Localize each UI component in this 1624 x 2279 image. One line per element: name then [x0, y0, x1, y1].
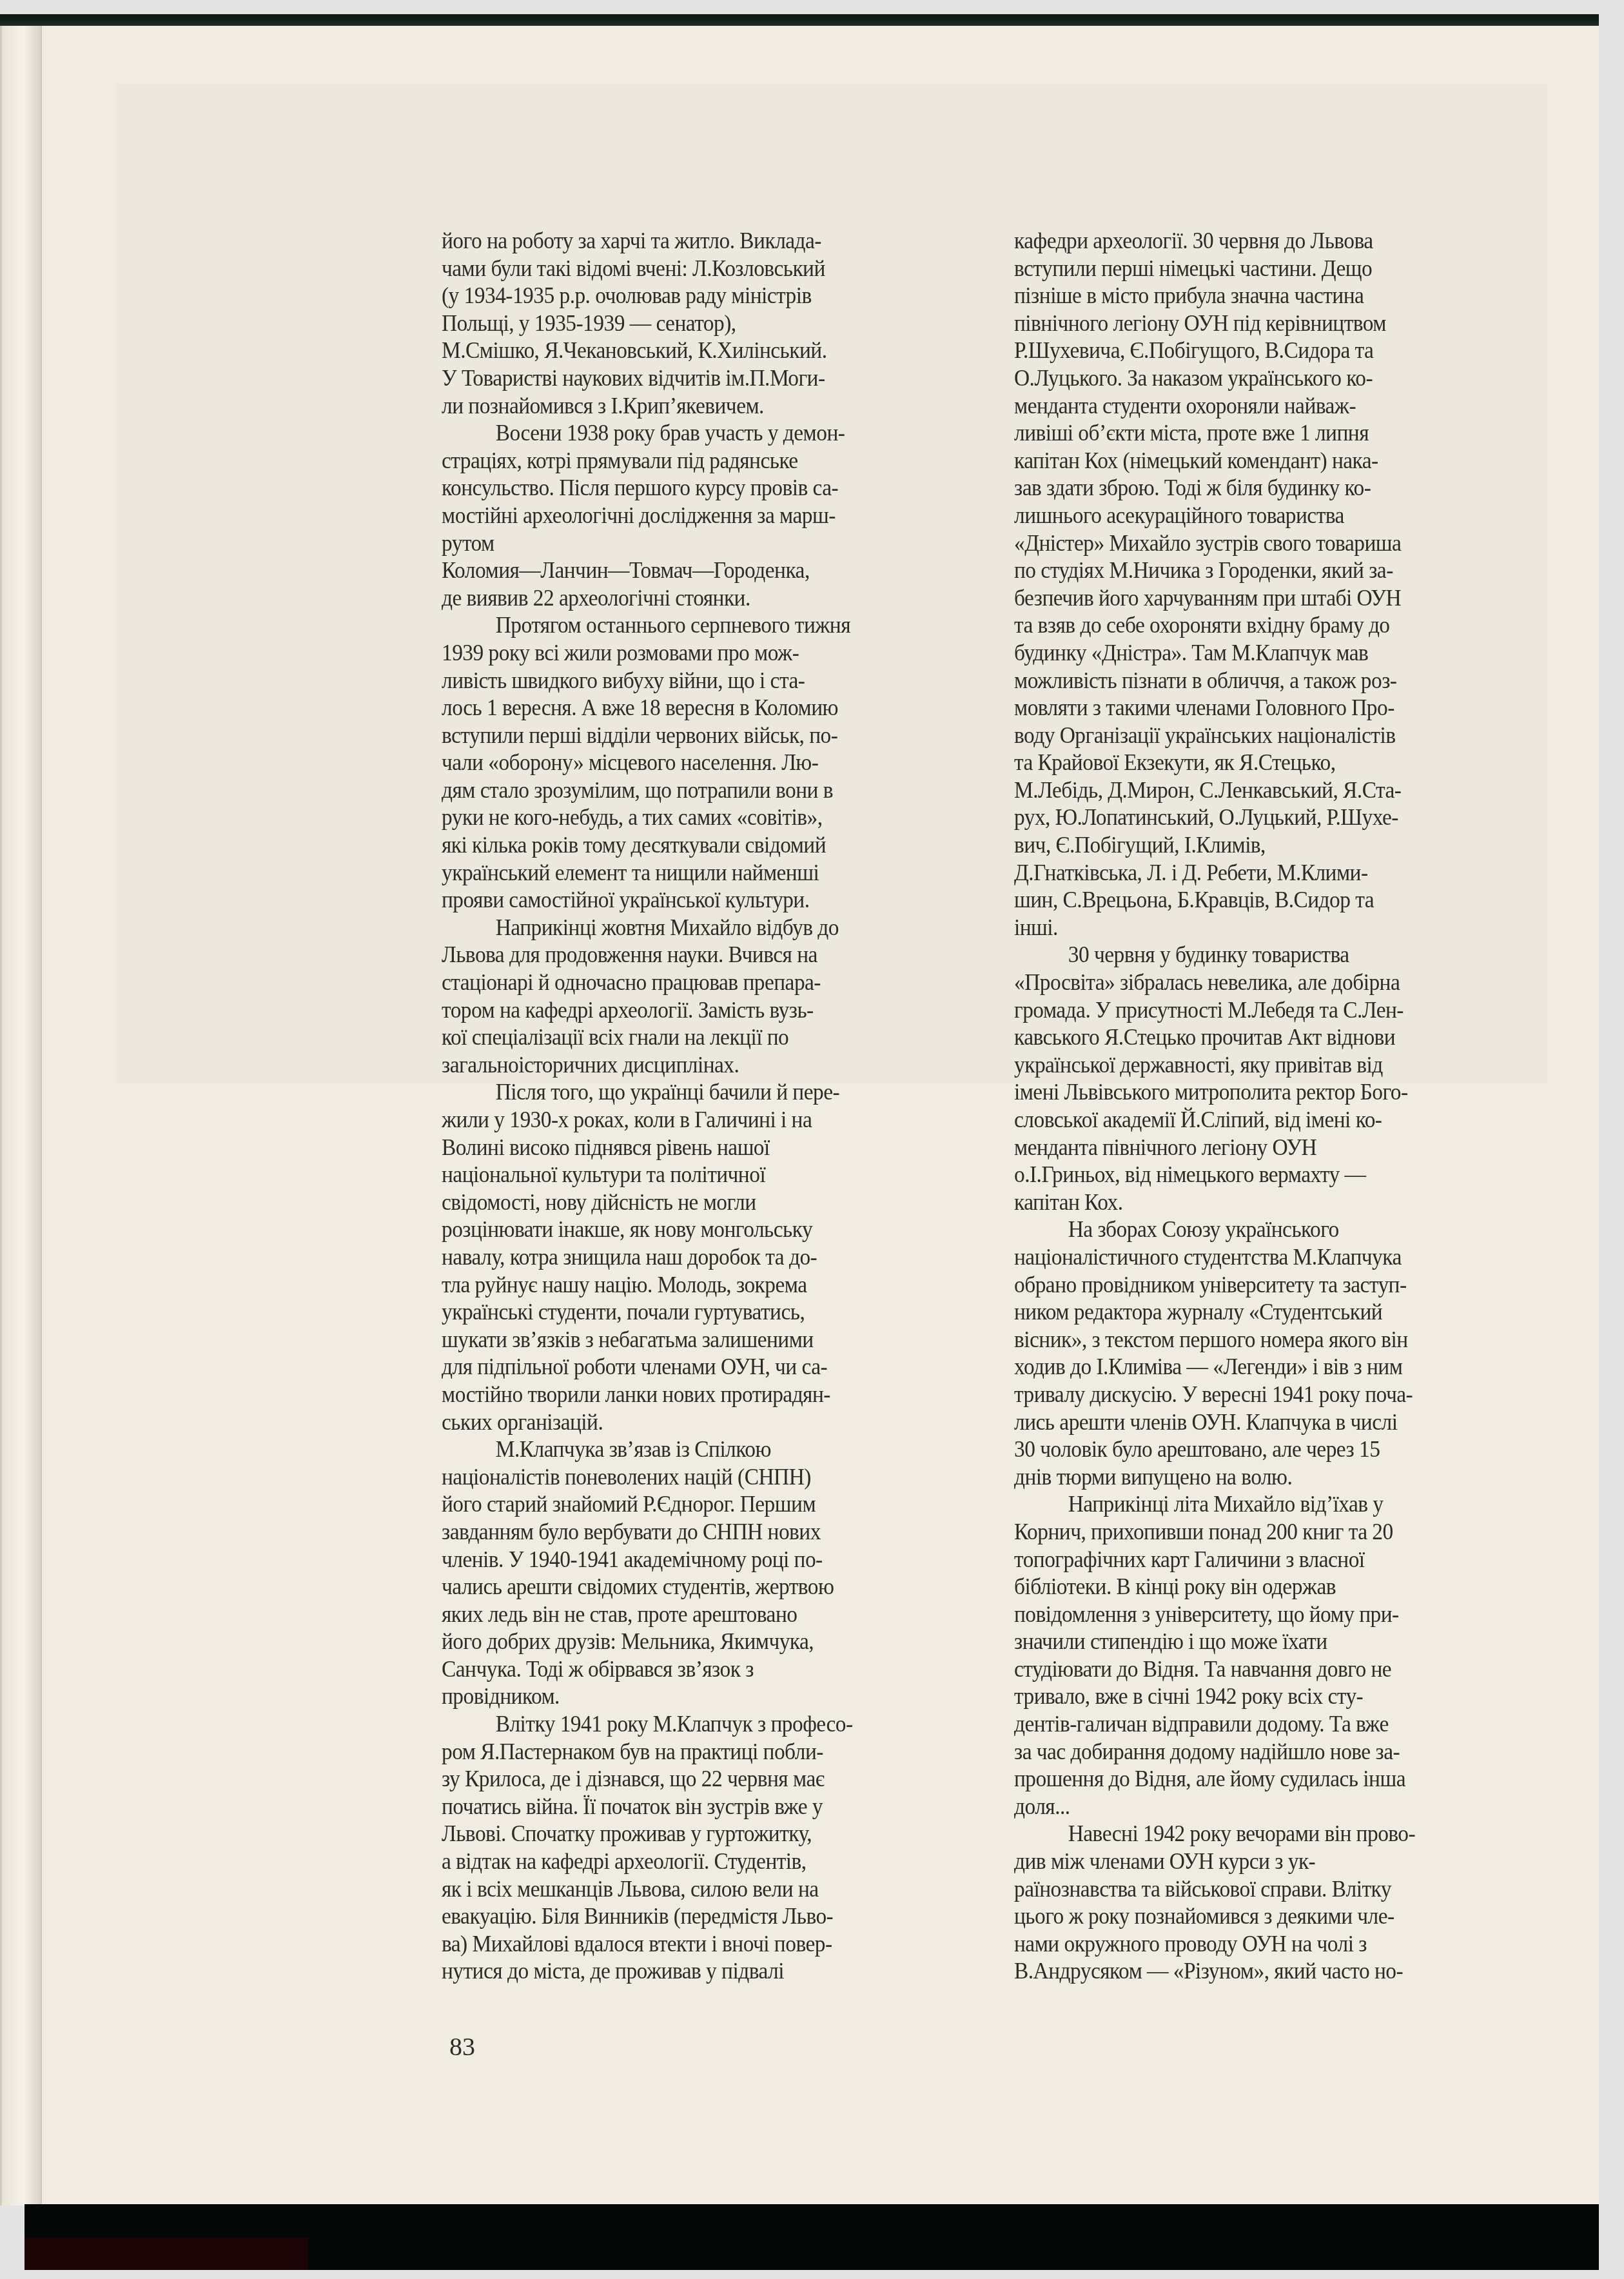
text-line: для підпільної роботи членами ОУН, чи са…: [442, 1353, 969, 1381]
text-line: повідомлення з університету, що йому при…: [1014, 1601, 1541, 1628]
text-line: мостійно творили ланки нових протирадян-: [442, 1381, 969, 1408]
text-line: тривало, вже в січні 1942 року всіх сту-: [1014, 1682, 1541, 1710]
text-line: нутися до міста, де проживав у підвалі: [442, 1957, 969, 1985]
text-line: по студіях М.Ничика з Городенки, який за…: [1014, 557, 1541, 584]
text-line: націоналістів поневолених націй (СНПН): [442, 1463, 969, 1491]
text-line: Санчука. Тоді ж обірвався зв’язок з: [442, 1655, 969, 1683]
text-line: дям стало зрозумілим, що потрапили вони …: [442, 776, 969, 804]
text-line: прояви самостійної української культури.: [442, 886, 969, 914]
text-line: тривалу дискусію. У вересні 1941 року по…: [1014, 1381, 1541, 1408]
text-line: Р.Шухевича, Є.Побігущого, В.Сидора та: [1014, 337, 1541, 364]
text-line: завданням було вербувати до СНПН нових: [442, 1518, 969, 1546]
text-column-right: кафедри археології. 30 червня до Львовав…: [1014, 227, 1541, 1985]
text-line: дентів-галичан відправили додому. Та вже: [1014, 1710, 1541, 1738]
text-line: Корнич, прихопивши понад 200 книг та 20: [1014, 1518, 1541, 1546]
text-line: ських організацій.: [442, 1408, 969, 1436]
text-line: Влітку 1941 року М.Клапчук з професо-: [442, 1710, 969, 1738]
text-line: північного легіону ОУН під керівництвом: [1014, 310, 1541, 337]
text-line: Коломия—Ланчин—Товмач—Городенка,: [442, 557, 969, 584]
text-line: На зборах Союзу українського: [1014, 1216, 1541, 1243]
text-line: зав здати зброю. Тоді ж біля будинку ко-: [1014, 474, 1541, 502]
text-line: консульство. Після першого курсу провів …: [442, 474, 969, 502]
text-line: шукати зв’язків з небагатьма залишеними: [442, 1326, 969, 1354]
scan-margin-right: [1599, 26, 1624, 2205]
text-column-left: його на роботу за харчі та житло. Виклад…: [442, 227, 969, 1985]
text-line: М.Лебідь, Д.Мирон, С.Ленкавський, Я.Ста-: [1014, 776, 1541, 804]
text-line: його добрих друзів: Мельника, Якимчука,: [442, 1628, 969, 1655]
text-line: студіювати до Відня. Та навчання довго н…: [1014, 1655, 1541, 1683]
text-line: шин, С.Врецьона, Б.Кравців, В.Сидор та: [1014, 886, 1541, 914]
text-line: чами були такі відомі вчені: Л.Козловськ…: [442, 255, 969, 282]
text-line: руки не кого-небудь, а тих самих «совіті…: [442, 804, 969, 831]
text-line: обрано провідником університету та засту…: [1014, 1271, 1541, 1299]
text-line: Після того, що українці бачили й пере-: [442, 1078, 969, 1106]
text-line: воду Організації українських націоналіст…: [1014, 722, 1541, 749]
text-line: безпечив його харчуванням при штабі ОУН: [1014, 584, 1541, 612]
text-line: стаціонарі й одночасно працював препара-: [442, 969, 969, 996]
text-line: Львові. Спочатку проживав у гуртожитку,: [442, 1820, 969, 1848]
text-line: Наприкінці літа Михайло від’їхав у: [1014, 1490, 1541, 1518]
text-line: та взяв до себе охороняти вхідну браму д…: [1014, 611, 1541, 639]
text-line: громада. У присутності М.Лебедя та С.Лен…: [1014, 996, 1541, 1024]
text-line: 30 чоловік було арештовано, але через 15: [1014, 1435, 1541, 1463]
text-line: Львова для продовження науки. Вчився на: [442, 941, 969, 969]
text-line: можливість пізнати в обличчя, а також ро…: [1014, 667, 1541, 695]
text-line: навалу, котра знищила наш доробок та до-: [442, 1243, 969, 1271]
text-line: Протягом останнього серпневого тижня: [442, 611, 969, 639]
text-line: мовляти з такими членами Головного Про-: [1014, 694, 1541, 722]
text-line: вісник», з текстом першого номера якого …: [1014, 1326, 1541, 1354]
book-spine-gutter: [0, 26, 42, 2205]
text-line: словської академії Й.Сліпий, від імені к…: [1014, 1106, 1541, 1134]
text-line: загальноісторичних дисциплінах.: [442, 1051, 969, 1079]
text-line: ва) Михайлові вдалося втекти і вночі пов…: [442, 1930, 969, 1958]
text-line: вич, Є.Побігущий, І.Климів,: [1014, 831, 1541, 859]
text-line: його на роботу за харчі та житло. Виклад…: [442, 227, 969, 255]
text-line: ливіші об’єкти міста, проте вже 1 липня: [1014, 419, 1541, 447]
text-line: Восени 1938 року брав участь у демон-: [442, 419, 969, 447]
page-number: 83: [449, 2031, 475, 2062]
text-line: У Товаристві наукових відчитів ім.П.Моги…: [442, 364, 969, 392]
text-line: (у 1934-1935 р.р. очолював раду міністрі…: [442, 282, 969, 310]
text-line: Д.Гнатківська, Л. і Д. Ребети, М.Клими-: [1014, 859, 1541, 887]
text-line: 30 червня у будинку товариства: [1014, 941, 1541, 969]
text-line: вступили перші відділи червоних військ, …: [442, 722, 969, 749]
text-line: рух, Ю.Лопатинський, О.Луцький, Р.Шухе-: [1014, 804, 1541, 831]
text-line: тором на кафедрі археології. Замість вуз…: [442, 996, 969, 1024]
text-line: ли познайомився з І.Крип’якевичем.: [442, 392, 969, 420]
text-line: менданта студенти охороняли найваж-: [1014, 392, 1541, 420]
text-line: значили стипендію і що може їхати: [1014, 1628, 1541, 1655]
text-line: український елемент та нищили найменші: [442, 859, 969, 887]
text-line: його старий знайомий Р.Єднорог. Першим: [442, 1490, 969, 1518]
text-line: страціях, котрі прямували під радянське: [442, 447, 969, 475]
text-line: нами окружного проводу ОУН на чолі з: [1014, 1930, 1541, 1958]
text-line: які кілька років тому десяткували свідом…: [442, 831, 969, 859]
text-line: яких ледь він не став, проте арештовано: [442, 1601, 969, 1628]
text-line: жили у 1930-х роках, коли в Галичині і н…: [442, 1106, 969, 1134]
text-line: кої спеціалізації всіх гнали на лекції п…: [442, 1023, 969, 1051]
text-line: цього ж року познайомився з деякими чле-: [1014, 1902, 1541, 1930]
text-line: доля...: [1014, 1793, 1541, 1820]
text-line: членів. У 1940-1941 академічному році по…: [442, 1546, 969, 1574]
text-line: лись арешти членів ОУН. Клапчука в числі: [1014, 1408, 1541, 1436]
text-line: як і всіх мешканців Львова, силою вели н…: [442, 1875, 969, 1903]
text-line: національної культури та політичної: [442, 1161, 969, 1189]
text-line: евакуацію. Біля Винників (передмістя Льв…: [442, 1902, 969, 1930]
text-line: прошення до Відня, але йому судилась інш…: [1014, 1765, 1541, 1793]
text-line: ником редактора журналу «Студентський: [1014, 1298, 1541, 1326]
text-line: Волині високо піднявся рівень нашої: [442, 1134, 969, 1161]
text-line: українські студенти, почали гуртуватись,: [442, 1298, 969, 1326]
text-line: початись війна. Її початок він зустрів в…: [442, 1793, 969, 1820]
text-line: о.І.Гриньох, від німецького вермахту —: [1014, 1161, 1541, 1189]
text-line: імені Львівського митрополита ректор Бог…: [1014, 1078, 1541, 1106]
text-line: інші.: [1014, 914, 1541, 942]
text-line: М.Клапчука зв’язав із Спілкою: [442, 1435, 969, 1463]
text-line: М.Смішко, Я.Чекановський, К.Хилінський.: [442, 337, 969, 364]
text-line: чались арешти свідомих студентів, жертво…: [442, 1573, 969, 1601]
text-line: див між членами ОУН курси з ук-: [1014, 1848, 1541, 1875]
text-line: лишнього асекураційного товариства: [1014, 502, 1541, 529]
book-cover-bottom-red-band: [24, 2238, 308, 2270]
text-line: лось 1 вересня. А вже 18 вересня в Колом…: [442, 694, 969, 722]
text-line: днів тюрми випущено на волю.: [1014, 1463, 1541, 1491]
text-line: капітан Кох.: [1014, 1189, 1541, 1216]
text-line: 1939 року всі жили розмовами про мож-: [442, 639, 969, 667]
text-line: будинку «Дністра». Там М.Клапчук мав: [1014, 639, 1541, 667]
text-line: а відтак на кафедрі археології. Студенті…: [442, 1848, 969, 1875]
text-line: Наприкінці жовтня Михайло відбув до: [442, 914, 969, 942]
text-line: капітан Кох (німецький комендант) нака-: [1014, 447, 1541, 475]
text-line: де виявив 22 археологічні стоянки.: [442, 584, 969, 612]
text-line: ливість швидкого вибуху війни, що і ста-: [442, 667, 969, 695]
text-line: тла руйнує нашу націю. Молодь, зокрема: [442, 1271, 969, 1299]
text-line: вступили перші німецькі частини. Дещо: [1014, 255, 1541, 282]
text-line: топографічних карт Галичини з власної: [1014, 1546, 1541, 1574]
text-line: націоналістичного студентства М.Клапчука: [1014, 1243, 1541, 1271]
text-line: розцінювати інакше, як нову монгольську: [442, 1216, 969, 1243]
text-line: та Крайової Екзекути, як Я.Стецько,: [1014, 749, 1541, 776]
text-line: О.Луцького. За наказом українського ко-: [1014, 364, 1541, 392]
text-line: Навесні 1942 року вечорами він прово-: [1014, 1820, 1541, 1848]
text-line: бібліотеки. В кінці року він одержав: [1014, 1573, 1541, 1601]
text-line: В.Андрусяком — «Різуном», який часто но-: [1014, 1957, 1541, 1985]
text-line: рутом: [442, 529, 969, 557]
text-line: раїнознавства та військової справи. Вліт…: [1014, 1875, 1541, 1903]
text-line: української державності, яку привітав ві…: [1014, 1051, 1541, 1079]
text-line: зу Крилоса, де і дізнався, що 22 червня …: [442, 1765, 969, 1793]
text-line: менданта північного легіону ОУН: [1014, 1134, 1541, 1161]
text-line: чали «оборону» місцевого населення. Лю-: [442, 749, 969, 776]
text-line: ходив до І.Климіва — «Легенди» і вів з н…: [1014, 1353, 1541, 1381]
text-line: кафедри археології. 30 червня до Львова: [1014, 227, 1541, 255]
text-line: за час добирання додому надійшло нове за…: [1014, 1738, 1541, 1766]
text-line: Польщі, у 1935-1939 — сенатор),: [442, 310, 969, 337]
text-line: мостійні археологічні дослідження за мар…: [442, 502, 969, 529]
text-line: «Дністер» Михайло зустрів свого товариша: [1014, 529, 1541, 557]
text-line: провідником.: [442, 1682, 969, 1710]
text-line: «Просвіта» зібралась невелика, але добір…: [1014, 969, 1541, 996]
text-line: пізніше в місто прибула значна частина: [1014, 282, 1541, 310]
text-line: кавського Я.Стецько прочитав Акт віднови: [1014, 1023, 1541, 1051]
text-line: свідомості, нову дійсність не могли: [442, 1189, 969, 1216]
text-line: ром Я.Пастернаком був на практиці побли-: [442, 1738, 969, 1766]
